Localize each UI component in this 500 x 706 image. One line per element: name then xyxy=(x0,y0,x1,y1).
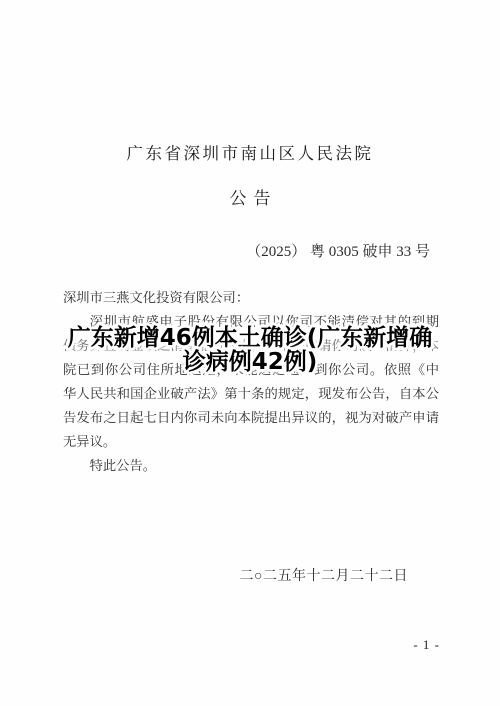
body-line: 华人民共和国企业破产法》第十条的规定，现发布公告，自本公 xyxy=(63,382,439,406)
body-line: 告发布之日起七日内你司未向本院提出异议的，视为对破产申请 xyxy=(63,406,439,430)
body-line: 无异议。 xyxy=(63,430,439,454)
overlay-headline-line-1: 广东新增46例本土确诊(广东新增确 广东新增46例本土确诊(广东新增确 xyxy=(0,326,500,350)
announcement-body: 深圳市三燕文化投资有限公司：深圳市航盛电子股份有限公司以你司不能清偿对其的到期债… xyxy=(63,286,439,478)
body-line: 特此公告。 xyxy=(63,454,439,478)
overlay-headline: 广东新增46例本土确诊(广东新增确 广东新增46例本土确诊(广东新增确 诊病例4… xyxy=(0,326,500,374)
case-number: （2025） 粤 0305 破申 33 号 xyxy=(246,240,430,261)
announcement-date: 二○二五年十二月二十二日 xyxy=(240,565,408,585)
page-number: - 1 - xyxy=(413,637,440,653)
headline-fill-text: 广东新增46例本土确诊(广东新增确 xyxy=(68,325,433,351)
court-title: 广东省深圳市南山区人民法院 xyxy=(0,140,500,164)
headline-fill-text: 诊病例42例) xyxy=(183,349,318,375)
document-type-heading: 公告 xyxy=(0,184,500,209)
overlay-headline-line-2: 诊病例42例) 诊病例42例) xyxy=(0,350,500,374)
announcement-page: 广东省深圳市南山区人民法院 公告 （2025） 粤 0305 破申 33 号 深… xyxy=(0,0,500,706)
body-line: 深圳市三燕文化投资有限公司： xyxy=(63,286,439,310)
